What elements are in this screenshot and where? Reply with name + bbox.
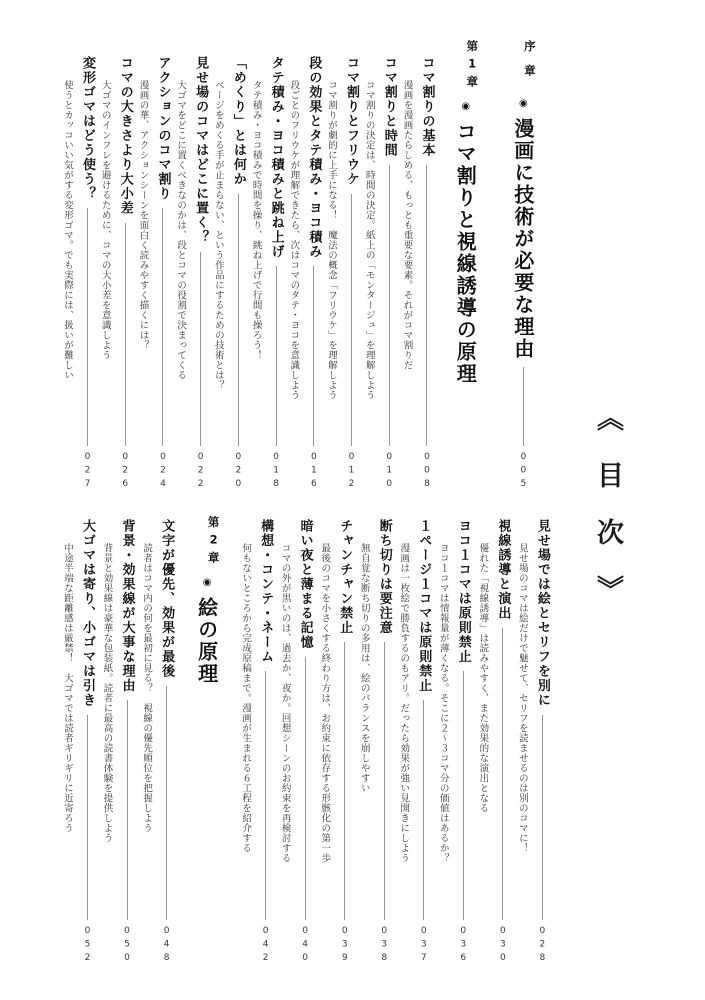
toc-entry: 段の効果とタテ積み・ヨコ積み 016 段ごとのフリウケが理解できたら、次はコマの… bbox=[286, 40, 323, 492]
entry-subtitle: 中途半端な距離感は厳禁！ 大ゴマでは読者ギリギリに近寄ろう bbox=[60, 519, 74, 966]
entry-title-column: コマ割りとフリウケ 012 bbox=[342, 56, 361, 492]
entry-subtitle: コマの外が黒いのは、過去か、夜か。回想シーンのお約束を再検討する bbox=[278, 519, 292, 966]
entry-title-column: タテ積み・ヨコ積みと跳ね上げ 018 bbox=[267, 56, 286, 492]
leader-line bbox=[423, 700, 424, 920]
toc-entry: 見せ場のコマはどこに置く？ 022 大ゴマをどこに置くべきなのかは、段とコマの役… bbox=[173, 40, 210, 492]
page-number: 037 bbox=[419, 926, 429, 967]
toc-page: 《目次》 序章 ◉ 漫画に技術が必要な理由 005 第1章 ◉ コマ割りと視線誘… bbox=[0, 0, 705, 1000]
toc-entry: 大ゴマは寄り、小ゴマは引き 052 中途半端な距離感は厳禁！ 大ゴマでは読者ギリ… bbox=[60, 516, 97, 966]
entry-subtitle: 無自覚な断ち切りの多用は、絵のバランスを崩しやすい bbox=[357, 519, 371, 966]
entry-title: 「めくり」とは何か bbox=[229, 56, 248, 187]
page-number: 027 bbox=[83, 452, 93, 493]
entry-title: 暗い夜と薄まる記憶 bbox=[296, 519, 315, 650]
leader-line bbox=[162, 208, 163, 446]
entry-title: コマ割りと時間 bbox=[380, 56, 399, 158]
leader-line bbox=[426, 165, 427, 446]
fisheye-icon: ◉ bbox=[460, 101, 471, 112]
chapter-column: 第2章 ◉ 絵の原理 bbox=[193, 516, 222, 966]
page-number: 050 bbox=[122, 926, 132, 967]
entry-title-column: 視線誘導と演出 030 bbox=[493, 519, 512, 966]
entry-title-column: チャンチャン禁止 039 bbox=[335, 519, 354, 966]
entry-title: 段の効果とタテ積み・ヨコ積み bbox=[304, 56, 323, 259]
entry-title-column: 背景・効果線が大事な理由 050 bbox=[118, 519, 137, 966]
entry-subtitle: コマ割りが劇的に上手になる！ 魔法の概念「フリウケ」を理解しよう bbox=[324, 56, 338, 492]
page-number: 039 bbox=[340, 926, 350, 967]
entry-subtitle: 漫画の華、アクションシーンを面白く読みやすく描くには？ bbox=[135, 56, 149, 492]
chapter-heading-1: 第1章 ◉ コマ割りと視線誘導の原理 bbox=[437, 40, 494, 492]
toc-entry: 「めくり」とは何か 020 ページをめくる手が止まらない、という作品にするための… bbox=[211, 40, 248, 492]
entry-title: 構想・コンテ・ネーム bbox=[256, 519, 275, 664]
page-number: 008 bbox=[422, 452, 432, 493]
chapter-column: 第1章 ◉ コマ割りと視線誘導の原理 bbox=[451, 40, 480, 492]
entry-subtitle: 何もないところから完成原稿まで。漫画が生まれる６工程を紹介する bbox=[238, 519, 252, 966]
leader-line bbox=[305, 657, 306, 920]
entry-title: 断ち切りは要注意 bbox=[375, 519, 394, 635]
entry-title: 変形ゴマはどう使う？ bbox=[78, 56, 97, 201]
entry-title-column: コマ割りと時間 010 bbox=[380, 56, 399, 492]
entry-title: 文字が優先、効果が最後 bbox=[157, 519, 176, 679]
entry-title-column: 見せ場では絵とセリフを別に 028 bbox=[533, 519, 552, 966]
chapter-label: 第2章 bbox=[193, 516, 222, 568]
entry-title-column: 断ち切りは要注意 038 bbox=[375, 519, 394, 966]
entry-title-column: アクションのコマ割り 024 bbox=[153, 56, 172, 492]
page-number: 028 bbox=[537, 926, 547, 967]
entry-title: 見せ場のコマはどこに置く？ bbox=[191, 56, 210, 245]
entry-subtitle: コマ割りの決定は、時間の決定。紙上の「モンタージュ」を理解しよう bbox=[362, 56, 376, 492]
toc-entry: 見せ場では絵とセリフを別に 028 見せ場のコマは絵だけで魅せて、セリフを読ませ… bbox=[515, 516, 552, 966]
fisheye-icon: ◉ bbox=[518, 98, 529, 109]
page-number: 020 bbox=[233, 452, 243, 493]
entry-title-column: １ページ１コマは原則禁止 037 bbox=[414, 519, 433, 966]
chapter-label: 序章 bbox=[509, 40, 538, 89]
page-number: 012 bbox=[347, 452, 357, 493]
toc-entry: チャンチャン禁止 039 最後のコマを小さくする終わり方は、お約束に依存する形骸… bbox=[317, 516, 354, 966]
entry-subtitle: ページをめくる手が止まらない、という作品にするための技術とは？ bbox=[211, 56, 225, 492]
toc-entry: 視線誘導と演出 030 優れた「視線誘導」は読みやすく、また効果的な演出となる bbox=[475, 516, 512, 966]
leader-line bbox=[238, 194, 239, 446]
leader-line bbox=[351, 194, 352, 446]
chapter-label: 第1章 bbox=[451, 40, 480, 92]
entry-subtitle: 大ゴマをどこに置くべきなのかは、段とコマの役割で決まってくる bbox=[173, 56, 187, 492]
entry-title-column: 見せ場のコマはどこに置く？ 022 bbox=[191, 56, 210, 492]
leader-line bbox=[344, 642, 345, 920]
toc-heading: 《目次》 bbox=[588, 404, 627, 632]
toc-entry: 文字が優先、効果が最後 048 読者はコマ内の何を最初に見る？ 視線の優先順位を… bbox=[139, 516, 176, 966]
entry-title-column: 変形ゴマはどう使う？ 027 bbox=[78, 56, 97, 492]
page-number: 010 bbox=[384, 452, 394, 493]
page-number: 040 bbox=[300, 926, 310, 967]
toc-entry: 背景・効果線が大事な理由 050 背景と効果線は豪華な包装紙。読者に最高の読書体… bbox=[100, 516, 137, 966]
leader-line bbox=[384, 642, 385, 920]
entry-title-column: 文字が優先、効果が最後 048 bbox=[157, 519, 176, 966]
toc-entry: 暗い夜と薄まる記憶 040 コマの外が黒いのは、過去か、夜か。回想シーンのお約束… bbox=[278, 516, 315, 966]
page-number: 048 bbox=[162, 926, 172, 967]
page-number: 036 bbox=[458, 926, 468, 967]
toc-entry: タテ積み・ヨコ積みと跳ね上げ 018 タテ積み・ヨコ積みで時間を操り、跳ね上げで… bbox=[249, 40, 286, 492]
toc-entry: コマの大きさより大小差 026 大ゴマのインフレを避けるために、コマの大小差を意… bbox=[98, 40, 135, 492]
chapter-heading-intro: 序章 ◉ 漫画に技術が必要な理由 005 bbox=[495, 40, 552, 492]
leader-line bbox=[166, 686, 167, 920]
entry-title: チャンチャン禁止 bbox=[335, 519, 354, 635]
chapter-title: 漫画に技術が必要な理由 bbox=[509, 118, 538, 360]
page-number: 026 bbox=[120, 452, 130, 493]
entry-title: コマ割りとフリウケ bbox=[342, 56, 361, 187]
entry-title: アクションのコマ割り bbox=[153, 56, 172, 201]
entry-subtitle: ヨコ１コマは情報量が薄くなる。そこに２～３コマ分の価値はあるか？ bbox=[436, 519, 450, 966]
entry-subtitle: 漫画を漫画たらしめる、もっとも重要な要素。それがコマ割りだ bbox=[399, 56, 413, 492]
toc-section-bottom: 見せ場では絵とセリフを別に 028 見せ場のコマは絵だけで魅せて、セリフを読ませ… bbox=[60, 516, 552, 966]
page-number: 052 bbox=[83, 926, 93, 967]
page-number: 038 bbox=[379, 926, 389, 967]
toc-entry: ヨコ１コマは原則禁止 036 ヨコ１コマは情報量が薄くなる。そこに２～３コマ分の… bbox=[436, 516, 473, 966]
entry-title: 背景・効果線が大事な理由 bbox=[118, 519, 137, 693]
toc-entry: 構想・コンテ・ネーム 042 何もないところから完成原稿まで。漫画が生まれる６工… bbox=[238, 516, 275, 966]
leader-line bbox=[523, 367, 524, 446]
entry-title: 視線誘導と演出 bbox=[493, 519, 512, 621]
page-number: 005 bbox=[518, 452, 528, 493]
toc-section-top: 序章 ◉ 漫画に技術が必要な理由 005 第1章 ◉ コマ割りと視線誘導の原理 … bbox=[60, 40, 552, 492]
entry-subtitle: 優れた「視線誘導」は読みやすく、また効果的な演出となる bbox=[475, 519, 489, 966]
page-number: 024 bbox=[158, 452, 168, 493]
leader-line bbox=[127, 700, 128, 920]
entry-subtitle: タテ積み・ヨコ積みで時間を操り、跳ね上げで行間も操ろう！ bbox=[249, 56, 263, 492]
entry-subtitle: 漫画は一枚絵で勝負するのもアリ。だったら効果が強い見開きにしよう bbox=[396, 519, 410, 966]
toc-entry: 変形ゴマはどう使う？ 027 使うとカッコいい気がする変形ゴマ。でも実際には、扱… bbox=[60, 40, 97, 492]
toc-entry: アクションのコマ割り 024 漫画の華、アクションシーンを面白く読みやすく描くに… bbox=[135, 40, 172, 492]
entry-title-column: 構想・コンテ・ネーム 042 bbox=[256, 519, 275, 966]
entry-subtitle: 使うとカッコいい気がする変形ゴマ。でも実際には、扱いが難しい bbox=[60, 56, 74, 492]
entry-title-column: コマ割りの基本 008 bbox=[417, 56, 436, 492]
page-number: 022 bbox=[196, 452, 206, 493]
chapter-title: コマ割りと視線誘導の原理 bbox=[451, 121, 480, 385]
leader-line bbox=[276, 266, 277, 446]
entry-subtitle: 見せ場のコマは絵だけで魅せて、セリフを読ませるのは別のコマに！ bbox=[515, 519, 529, 966]
entry-subtitle: 段ごとのフリウケが理解できたら、次はコマのタテ・ヨコを意識しよう bbox=[286, 56, 300, 492]
chapter-title: 絵の原理 bbox=[193, 597, 222, 685]
page-number: 018 bbox=[271, 452, 281, 493]
toc-entry: コマ割りとフリウケ 012 コマ割りが劇的に上手になる！ 魔法の概念「フリウケ」… bbox=[324, 40, 361, 492]
entry-subtitle: 大ゴマのインフレを避けるために、コマの大小差を意識しよう bbox=[98, 56, 112, 492]
entry-title-column: 段の効果とタテ積み・ヨコ積み 016 bbox=[304, 56, 323, 492]
page-number: 030 bbox=[498, 926, 508, 967]
page-number: 016 bbox=[309, 452, 319, 493]
chapter-heading-2: 第2章 ◉ 絵の原理 bbox=[179, 516, 236, 966]
toc-entry: 断ち切りは要注意 038 無自覚な断ち切りの多用は、絵のバランスを崩しやすい bbox=[357, 516, 394, 966]
toc-entry: １ページ１コマは原則禁止 037 漫画は一枚絵で勝負するのもアリ。だったら効果が… bbox=[396, 516, 433, 966]
entry-title: タテ積み・ヨコ積みと跳ね上げ bbox=[267, 56, 286, 259]
entry-subtitle: 読者はコマ内の何を最初に見る？ 視線の優先順位を把握しよう bbox=[139, 519, 153, 966]
toc-entry: コマ割りの基本 008 漫画を漫画たらしめる、もっとも重要な要素。それがコマ割り… bbox=[399, 40, 436, 492]
entry-title: コマの大きさより大小差 bbox=[116, 56, 135, 216]
toc-entry: コマ割りと時間 010 コマ割りの決定は、時間の決定。紙上の「モンタージュ」を理… bbox=[362, 40, 399, 492]
chapter-column: 序章 ◉ 漫画に技術が必要な理由 005 bbox=[509, 40, 538, 492]
leader-line bbox=[200, 252, 201, 446]
leader-line bbox=[389, 165, 390, 446]
leader-line bbox=[313, 266, 314, 446]
leader-line bbox=[125, 223, 126, 446]
entry-subtitle: 背景と効果線は豪華な包装紙。読者に最高の読書体験を提供しよう bbox=[100, 519, 114, 966]
entry-title: 見せ場では絵とセリフを別に bbox=[533, 519, 552, 708]
entry-subtitle: 最後のコマを小さくする終わり方は、お約束に依存する形骸化の第一歩 bbox=[317, 519, 331, 966]
fisheye-icon: ◉ bbox=[202, 577, 213, 588]
entry-title-column: ヨコ１コマは原則禁止 036 bbox=[454, 519, 473, 966]
leader-line bbox=[265, 671, 266, 920]
entry-title-column: 暗い夜と薄まる記憶 040 bbox=[296, 519, 315, 966]
entry-title-column: 大ゴマは寄り、小ゴマは引き 052 bbox=[78, 519, 97, 966]
leader-line bbox=[502, 628, 503, 920]
entry-title: １ページ１コマは原則禁止 bbox=[414, 519, 433, 693]
entry-title-column: 「めくり」とは何か 020 bbox=[229, 56, 248, 492]
page-number: 042 bbox=[261, 926, 271, 967]
leader-line bbox=[87, 208, 88, 446]
entry-title: コマ割りの基本 bbox=[417, 56, 436, 158]
entry-title: 大ゴマは寄り、小ゴマは引き bbox=[78, 519, 97, 708]
leader-line bbox=[542, 715, 543, 920]
entry-title-column: コマの大きさより大小差 026 bbox=[116, 56, 135, 492]
leader-line bbox=[463, 671, 464, 920]
leader-line bbox=[87, 715, 88, 920]
entry-title: ヨコ１コマは原則禁止 bbox=[454, 519, 473, 664]
